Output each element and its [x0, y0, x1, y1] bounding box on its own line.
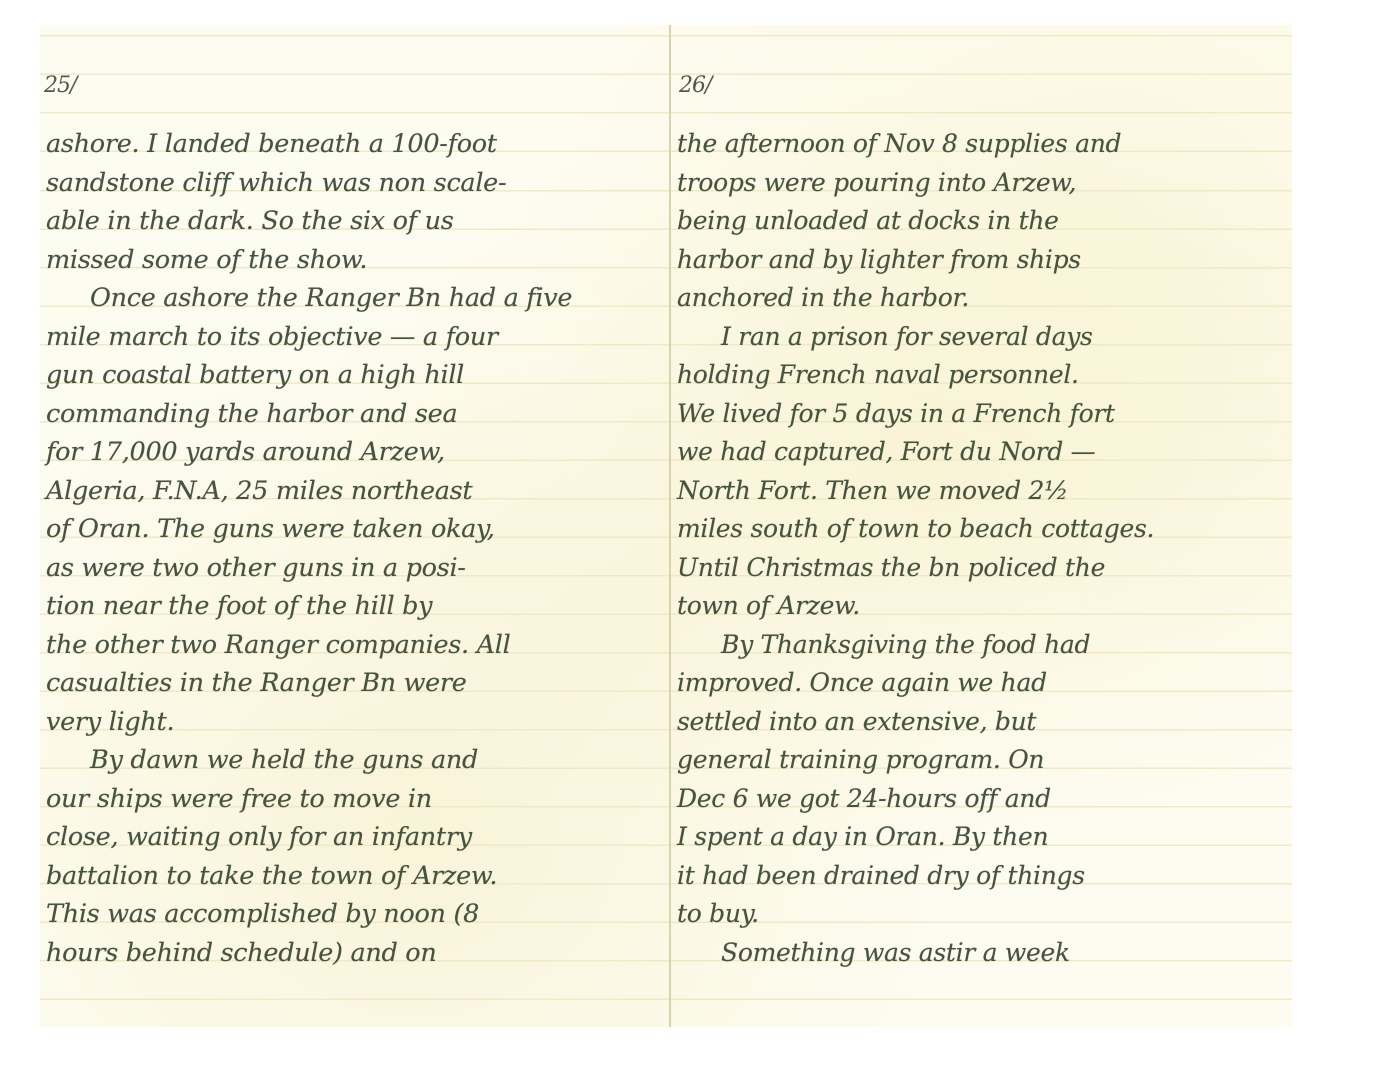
- handwritten-line: Something was astir a week: [677, 934, 1286, 973]
- left-page: 25/ ashore. I landed beneath a 100-foot …: [40, 25, 670, 1027]
- handwritten-line: mile march to its objective — a four: [46, 318, 664, 357]
- left-page-number: 25/: [44, 73, 76, 98]
- handwritten-line: ashore. I landed beneath a 100-foot: [46, 125, 664, 164]
- right-page-number: 26/: [679, 73, 711, 98]
- handwritten-line: for 17,000 yards around Arzew,: [46, 433, 664, 472]
- handwritten-line: settled into an extensive, but: [677, 703, 1286, 742]
- handwritten-line: our ships were free to move in: [46, 780, 664, 819]
- handwritten-line: very light.: [46, 703, 664, 742]
- handwritten-line: troops were pouring into Arzew,: [677, 164, 1286, 203]
- right-page-lines: the afternoon of Nov 8 supplies and troo…: [677, 125, 1286, 972]
- handwritten-line: missed some of the show.: [46, 241, 664, 280]
- handwritten-line: battalion to take the town of Arzew.: [46, 857, 664, 896]
- handwritten-line: casualties in the Ranger Bn were: [46, 664, 664, 703]
- handwritten-line: we had captured, Fort du Nord —: [677, 433, 1286, 472]
- handwritten-line: hours behind schedule) and on: [46, 934, 664, 973]
- handwritten-line: being unloaded at docks in the: [677, 202, 1286, 241]
- handwritten-line: tion near the foot of the hill by: [46, 587, 664, 626]
- handwritten-line: as were two other guns in a posi-: [46, 549, 664, 588]
- handwritten-line: commanding the harbor and sea: [46, 395, 664, 434]
- handwritten-line: the other two Ranger companies. All: [46, 626, 664, 665]
- handwritten-line: anchored in the harbor.: [677, 279, 1286, 318]
- handwritten-line: sandstone cliff which was non scale-: [46, 164, 664, 203]
- handwritten-line: By Thanksgiving the food had: [677, 626, 1286, 665]
- handwritten-line: harbor and by lighter from ships: [677, 241, 1286, 280]
- handwritten-line: By dawn we held the guns and: [46, 741, 664, 780]
- notebook-spread: 25/ ashore. I landed beneath a 100-foot …: [40, 25, 1292, 1027]
- handwritten-line: the afternoon of Nov 8 supplies and: [677, 125, 1286, 164]
- handwritten-line: Dec 6 we got 24-hours off and: [677, 780, 1286, 819]
- handwritten-line: Once ashore the Ranger Bn had a five: [46, 279, 664, 318]
- handwritten-line: North Fort. Then we moved 2½: [677, 472, 1286, 511]
- handwritten-line: able in the dark. So the six of us: [46, 202, 664, 241]
- handwritten-line: close, waiting only for an infantry: [46, 818, 664, 857]
- handwritten-line: general training program. On: [677, 741, 1286, 780]
- handwritten-line: town of Arzew.: [677, 587, 1286, 626]
- handwritten-line: We lived for 5 days in a French fort: [677, 395, 1286, 434]
- handwritten-line: I spent a day in Oran. By then: [677, 818, 1286, 857]
- handwritten-line: it had been drained dry of things: [677, 857, 1286, 896]
- handwritten-line: miles south of town to beach cottages.: [677, 510, 1286, 549]
- handwritten-line: to buy.: [677, 895, 1286, 934]
- left-page-lines: ashore. I landed beneath a 100-foot sand…: [46, 125, 664, 972]
- handwritten-line: holding French naval personnel.: [677, 356, 1286, 395]
- handwritten-line: of Oran. The guns were taken okay,: [46, 510, 664, 549]
- handwritten-line: Algeria, F.N.A, 25 miles northeast: [46, 472, 664, 511]
- right-page: 26/ the afternoon of Nov 8 supplies and …: [671, 25, 1292, 1027]
- handwritten-line: This was accomplished by noon (8: [46, 895, 664, 934]
- handwritten-line: gun coastal battery on a high hill: [46, 356, 664, 395]
- handwritten-line: Until Christmas the bn policed the: [677, 549, 1286, 588]
- handwritten-line: I ran a prison for several days: [677, 318, 1286, 357]
- handwritten-line: improved. Once again we had: [677, 664, 1286, 703]
